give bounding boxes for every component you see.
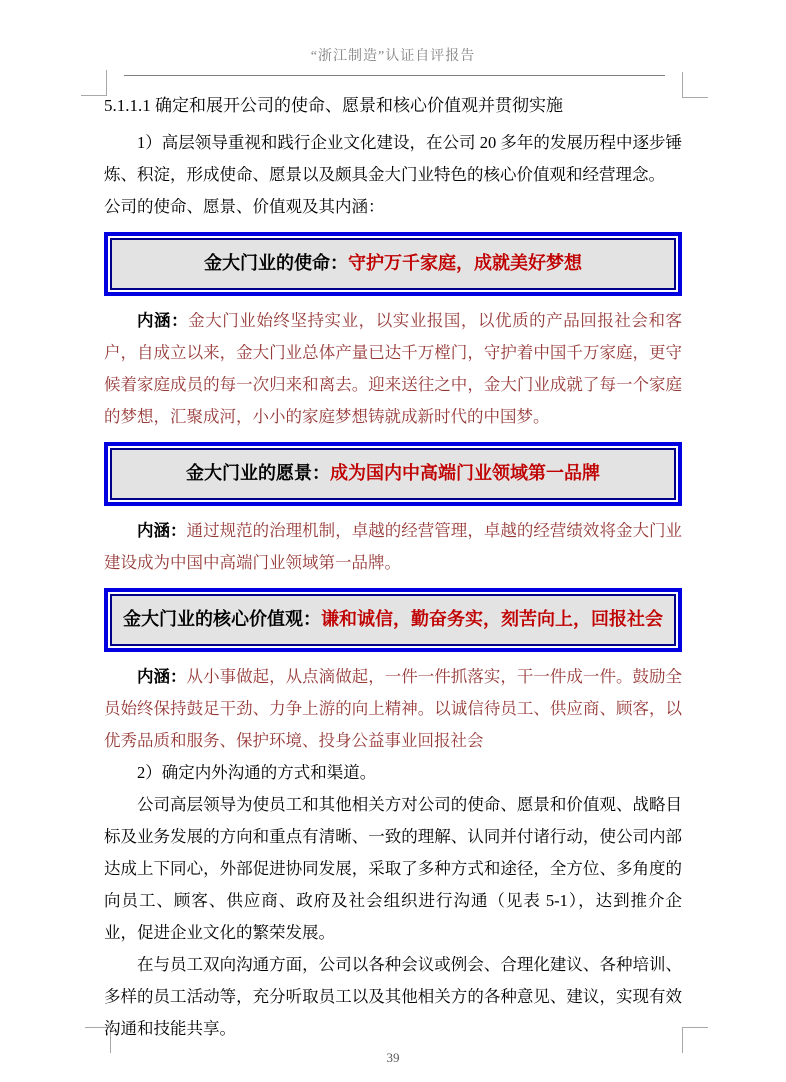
core-values-box-label: 金大门业的核心价值观：	[123, 609, 321, 629]
paragraph-communication-heading: 2）确定内外沟通的方式和渠道。	[104, 757, 682, 789]
mission-box-label: 金大门业的使命：	[204, 253, 348, 273]
paragraph-employee-communication: 在与员工双向沟通方面，公司以各种会议或例会、合理化建议、各种培训、多样的员工活动…	[104, 949, 682, 1045]
connotation-label: 内涵：	[137, 668, 187, 686]
document-page: “浙江制造”认证自评报告 5.1.1.1 确定和展开公司的使命、愿景和核心价值观…	[0, 0, 786, 1082]
crop-mark-top-right	[682, 72, 708, 98]
header-divider	[124, 75, 665, 76]
mission-box: 金大门业的使命：守护万千家庭，成就美好梦想	[104, 232, 682, 296]
running-header: “浙江制造”认证自评报告	[0, 45, 786, 65]
vision-box: 金大门业的愿景：成为国内中高端门业领域第一品牌	[104, 442, 682, 506]
vision-box-inner: 金大门业的愿景：成为国内中高端门业领域第一品牌	[110, 448, 676, 500]
connotation-text: 金大门业始终坚持实业，以实业报国，以优质的产品回报社会和客户，自成立以来，金大门…	[104, 311, 682, 426]
section-heading: 5.1.1.1 确定和展开公司的使命、愿景和核心价值观并贯彻实施	[104, 93, 682, 119]
connotation-label: 内涵：	[137, 312, 188, 330]
core-values-box: 金大门业的核心价值观：谦和诚信，勤奋务实，刻苦向上，回报社会	[104, 588, 682, 652]
mission-box-inner: 金大门业的使命：守护万千家庭，成就美好梦想	[110, 238, 676, 290]
paragraph-communication-methods: 公司高层领导为使员工和其他相关方对公司的使命、愿景和价值观、战略目标及业务发展的…	[104, 789, 682, 949]
mission-box-value: 守护万千家庭，成就美好梦想	[348, 253, 582, 273]
paragraph-culture-building: 1）高层领导重视和践行企业文化建设，在公司 20 多年的发展历程中逐步锤炼、积淀…	[104, 127, 682, 191]
connotation-label: 内涵：	[137, 522, 187, 540]
core-values-connotation-paragraph: 内涵：从小事做起，从点滴做起，一件一件抓落实，干一件成一件。鼓励全员始终保持鼓足…	[104, 661, 682, 757]
core-values-box-inner: 金大门业的核心价值观：谦和诚信，勤奋务实，刻苦向上，回报社会	[110, 594, 676, 646]
paragraph-intro-to-boxes: 公司的使命、愿景、价值观及其内涵：	[104, 191, 682, 223]
core-values-box-value: 谦和诚信，勤奋务实，刻苦向上，回报社会	[321, 609, 663, 629]
page-number: 39	[0, 1050, 786, 1066]
connotation-text: 从小事做起，从点滴做起，一件一件抓落实，干一件成一件。鼓励全员始终保持鼓足干劲、…	[104, 667, 682, 750]
vision-box-value: 成为国内中高端门业领域第一品牌	[330, 463, 600, 483]
text-column: 5.1.1.1 确定和展开公司的使命、愿景和核心价值观并贯彻实施 1）高层领导重…	[104, 93, 682, 1045]
mission-connotation-paragraph: 内涵：金大门业始终坚持实业，以实业报国，以优质的产品回报社会和客户，自成立以来，…	[104, 305, 682, 433]
vision-connotation-paragraph: 内涵：通过规范的治理机制，卓越的经营管理，卓越的经营绩效将金大门业建设成为中国中…	[104, 515, 682, 579]
connotation-text: 通过规范的治理机制，卓越的经营管理，卓越的经营绩效将金大门业建设成为中国中高端门…	[104, 521, 682, 572]
vision-box-label: 金大门业的愿景：	[186, 463, 330, 483]
